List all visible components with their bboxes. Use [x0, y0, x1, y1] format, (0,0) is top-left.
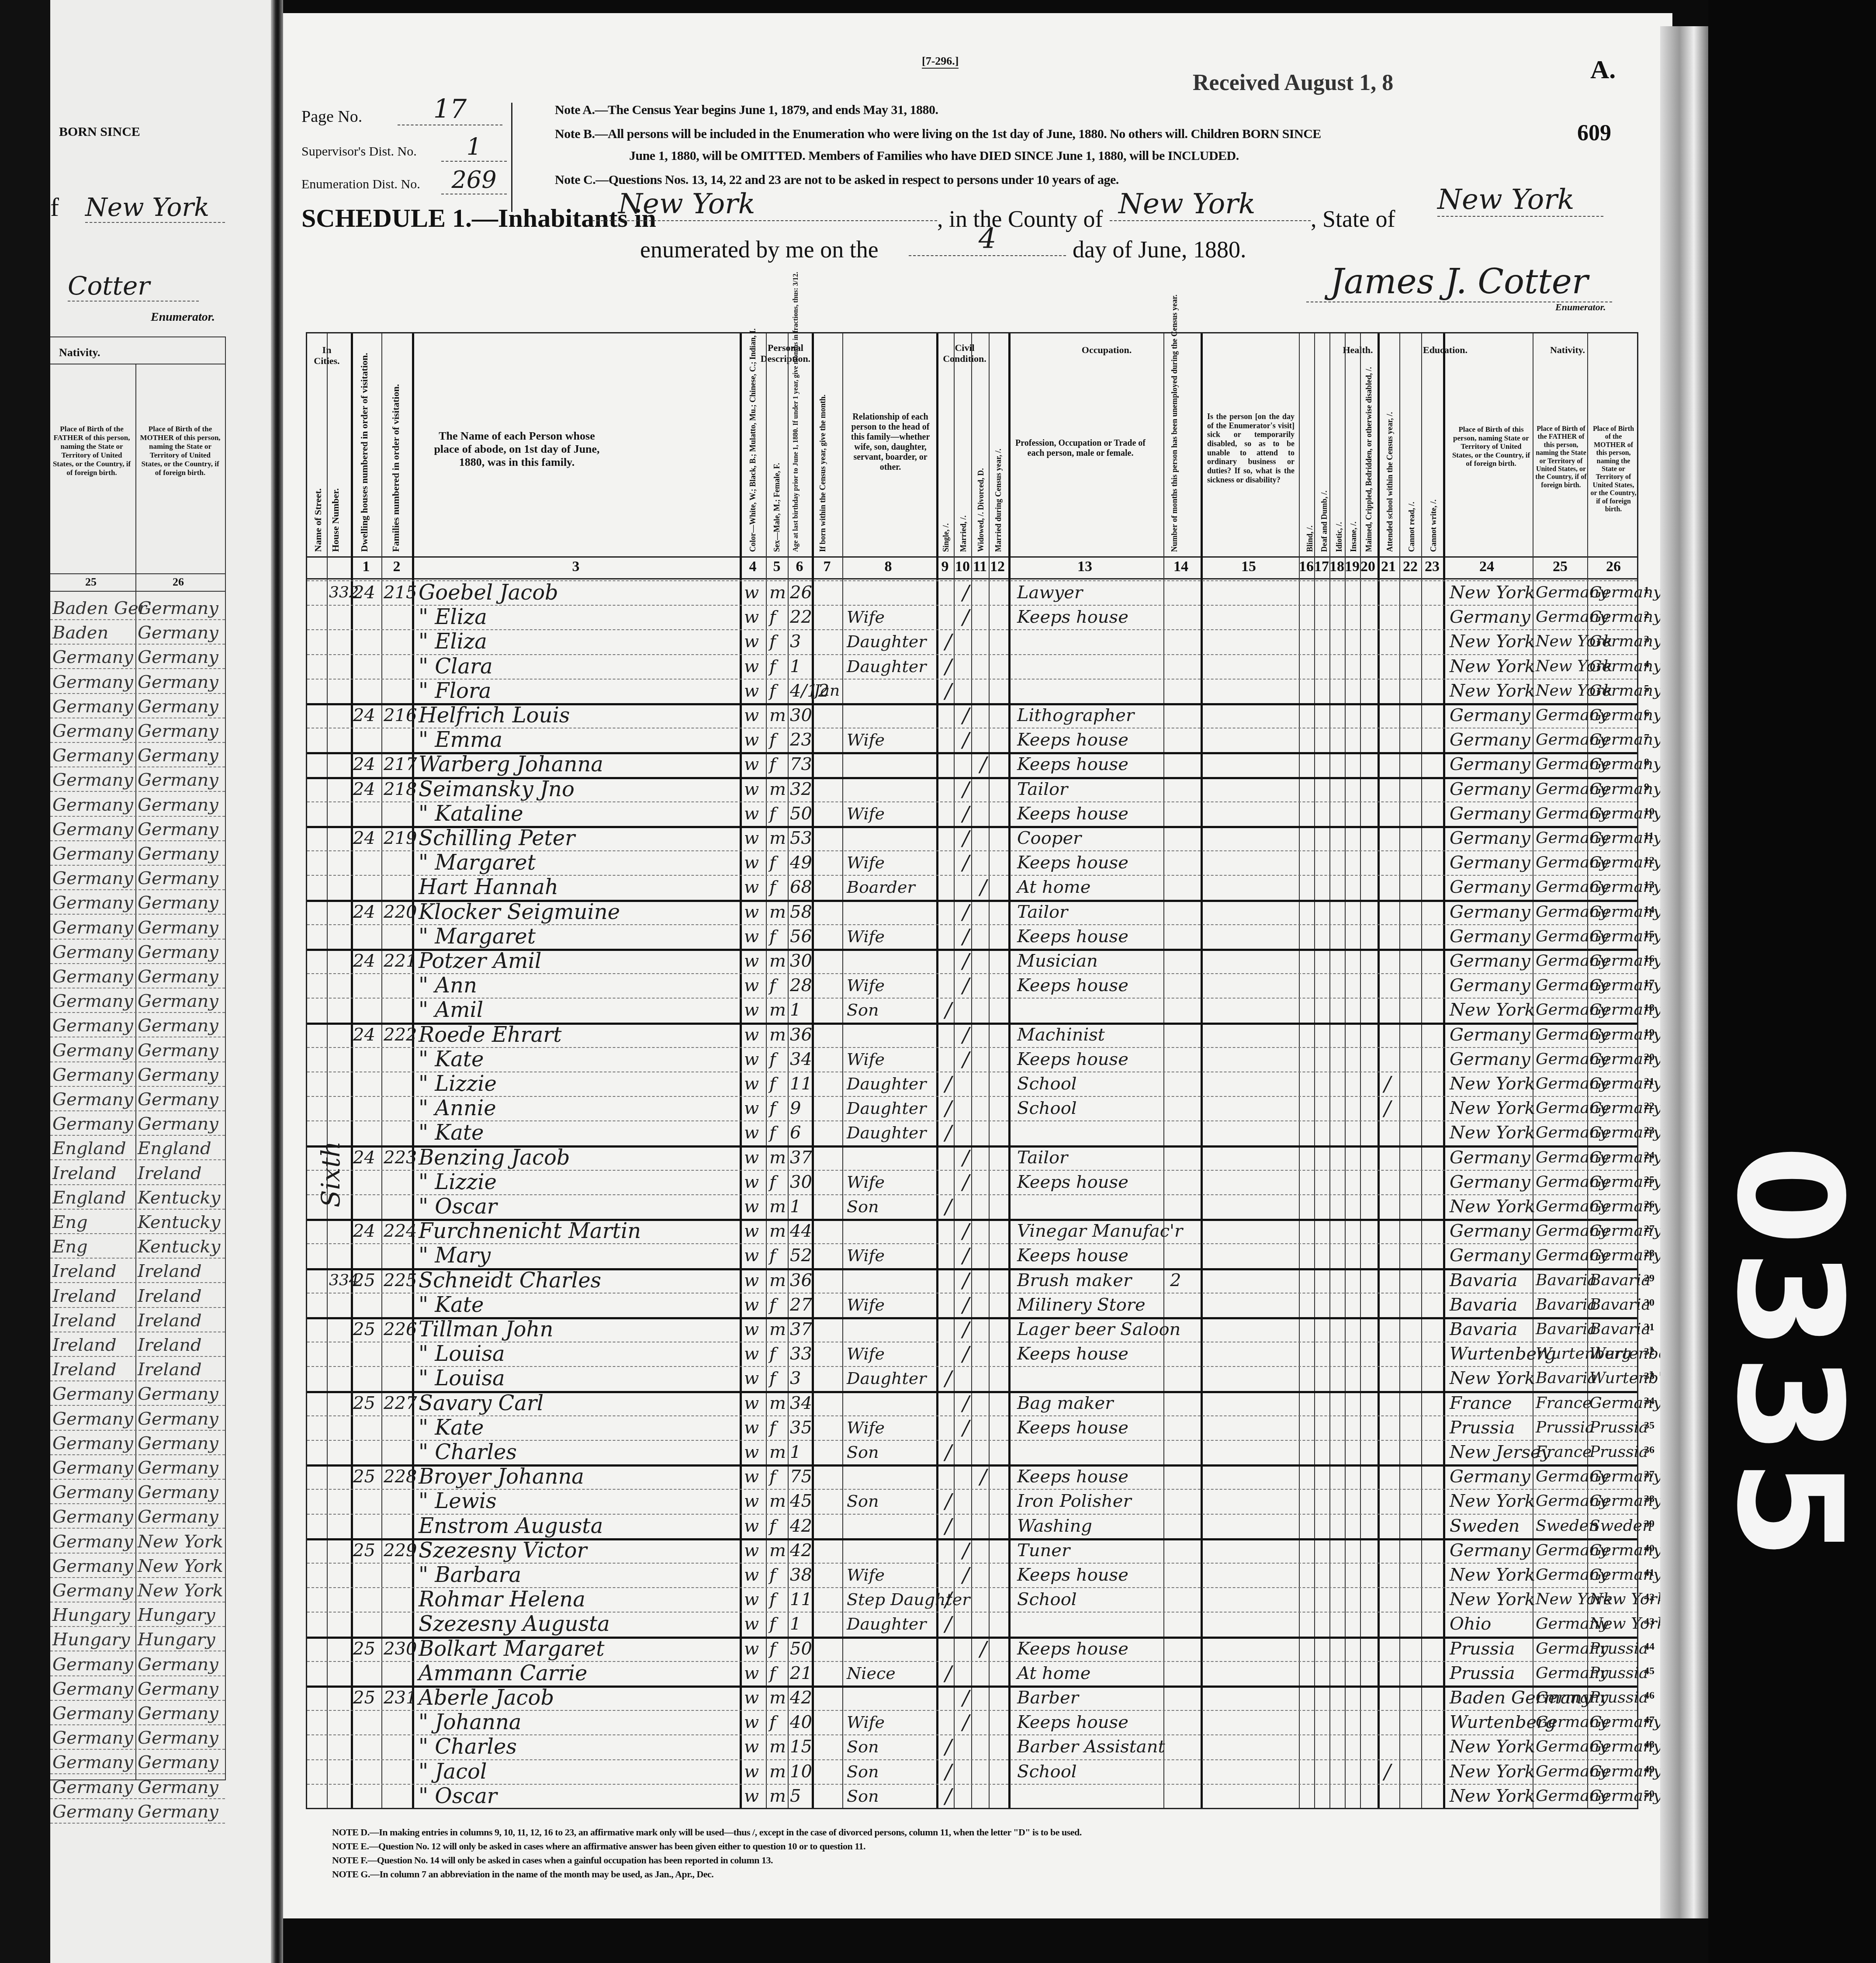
left-mother-birthplace: Ireland	[138, 1160, 202, 1186]
person-name: " Annie	[419, 1095, 496, 1121]
person-name: " Barbara	[419, 1562, 521, 1588]
line-number: 40	[1644, 1543, 1654, 1554]
left-mother-birthplace: Germany	[138, 988, 218, 1014]
occupation: Keeps house	[1017, 1415, 1128, 1441]
left-father-birthplace: Eng	[52, 1209, 88, 1235]
color: w	[744, 776, 759, 802]
left-father-birthplace: Hungary	[52, 1602, 130, 1628]
occupation: Keeps house	[1017, 604, 1128, 630]
left-mother-birthplace: Germany	[138, 1676, 218, 1702]
person-name: " Jacol	[419, 1758, 487, 1785]
hdr-col1: Dwelling houses numbered in order of vis…	[359, 382, 370, 552]
left-father-birthplace: Germany	[52, 1062, 133, 1088]
sex: f	[769, 1636, 776, 1662]
birthplace: New York	[1450, 1586, 1535, 1613]
line-number: 31	[1644, 1321, 1654, 1333]
table-row: 25229Szezesny Victorwm42/TunerGermanyGer…	[307, 1538, 1637, 1563]
table-row: " Clarawf1Daughter/New YorkNew YorkGerma…	[307, 654, 1637, 679]
mother-birthplace: Germany	[1589, 751, 1662, 777]
table-row: " Lizziewf30Wife/Keeps houseGermanyGerma…	[307, 1170, 1637, 1194]
age: 1	[790, 1611, 801, 1637]
person-name: " Louisa	[419, 1365, 505, 1391]
hdr-civil-condition: Civil Condition.	[938, 342, 991, 364]
person-name: " Charles	[419, 1439, 517, 1465]
hdr-col7: If born within the Census year, give the…	[818, 382, 827, 552]
line-number: 27	[1644, 1223, 1654, 1235]
left-father-birthplace: England	[52, 1135, 126, 1162]
birth-month: Jan	[814, 678, 840, 704]
civil-condition-mark: /	[945, 1734, 952, 1760]
left-mother-birthplace: Germany	[138, 1086, 218, 1113]
table-row: Hart Hannahwf68Boarder/At homeGermanyGer…	[307, 875, 1637, 899]
person-name: " Margaret	[419, 850, 536, 876]
column-number: 2	[388, 558, 405, 575]
page-edge-right	[1660, 26, 1708, 1918]
color: w	[744, 1341, 759, 1367]
hdr-col19: Insane, /.	[1349, 495, 1358, 552]
dwelling-number: 24	[353, 899, 375, 925]
left-father-birthplace: Germany	[52, 988, 133, 1014]
person-name: Warberg Johanna	[419, 751, 603, 777]
person-name: " Eliza	[419, 604, 487, 630]
left-mother-birthplace: Germany	[138, 1504, 218, 1530]
supervisor-label: Supervisor's Dist. No.	[301, 144, 417, 159]
color: w	[744, 997, 759, 1023]
column-number: 7	[818, 558, 836, 575]
person-name: " Clara	[419, 653, 493, 680]
left-mother-birthplace: Germany	[138, 816, 218, 843]
age: 11	[790, 1071, 812, 1097]
left-col26-number: 26	[173, 576, 184, 589]
sex: m	[769, 1193, 786, 1220]
birthplace: New York	[1450, 1758, 1535, 1785]
civil-condition-mark: /	[962, 1562, 969, 1588]
dwelling-number: 25	[353, 1316, 375, 1342]
sex: m	[769, 1267, 786, 1294]
birthplace: New York	[1450, 1120, 1535, 1146]
color: w	[744, 1562, 759, 1588]
birthplace: Bavaria	[1450, 1292, 1517, 1318]
note-c: Note C.—Questions Nos. 13, 14, 22 and 23…	[555, 173, 1119, 187]
age: 58	[790, 899, 812, 925]
line-number: 26	[1644, 1199, 1654, 1210]
left-father-birthplace: Germany	[52, 669, 133, 695]
left-father-birthplace: Germany	[52, 816, 133, 843]
sex: f	[769, 1341, 776, 1367]
relationship: Wife	[847, 1242, 885, 1269]
sex: f	[769, 1415, 776, 1441]
age: 33	[790, 1341, 812, 1367]
occupation: Tailor	[1017, 776, 1068, 802]
line-number: 1	[1644, 585, 1649, 597]
color: w	[744, 1488, 759, 1514]
relationship: Daughter	[847, 1611, 926, 1637]
table-row: 25228Broyer Johannawf75/Keeps houseGerma…	[307, 1464, 1637, 1489]
left-mother-birthplace: Germany	[138, 792, 218, 818]
person-name: Bolkart Margaret	[419, 1636, 604, 1662]
table-row: " Katewf27Wife/Milinery StoreBavariaBava…	[307, 1293, 1637, 1317]
age: 1	[790, 1193, 801, 1220]
line-number: 38	[1644, 1493, 1654, 1505]
relationship: Wife	[847, 923, 885, 950]
column-number: 11	[971, 558, 989, 575]
civil-condition-mark: /	[962, 604, 969, 630]
father-birthplace: Prussia	[1536, 1415, 1595, 1441]
stamp-page-number: 609	[1577, 120, 1611, 146]
line-number: 46	[1644, 1690, 1654, 1702]
previous-page-fragment: BORN SINCE f New York Cotter Enumerator.…	[50, 0, 271, 1963]
line-number: 4	[1644, 659, 1649, 670]
civil-condition-mark: /	[962, 850, 969, 876]
age: 73	[790, 751, 812, 777]
dwelling-number: 25	[353, 1390, 375, 1416]
birthplace: Germany	[1450, 1022, 1530, 1048]
line-number: 2	[1644, 609, 1649, 621]
left-mother-birthplace: Germany	[138, 1381, 218, 1407]
hdr-col18: Idiotic, /.	[1335, 495, 1344, 552]
note-a: Note A.—The Census Year begins June 1, 1…	[555, 103, 938, 118]
family-number: 215	[384, 579, 417, 606]
color: w	[744, 1169, 759, 1195]
state-field: New York	[1437, 184, 1603, 217]
relationship: Wife	[847, 604, 885, 630]
line-number: 9	[1644, 781, 1649, 793]
left-father-birthplace: Germany	[52, 841, 133, 867]
column-number: 21	[1380, 558, 1397, 575]
birthplace: Germany	[1450, 874, 1530, 900]
color: w	[744, 1586, 759, 1613]
age: 5	[790, 1783, 801, 1809]
film-margin-right	[1708, 0, 1876, 1963]
left-mother-birthplace: Germany	[138, 1651, 218, 1678]
age: 11	[790, 1586, 812, 1613]
left-mother-birthplace: Germany	[138, 865, 218, 891]
table-row: " Florawf4/12Jan/New YorkNew YorkGermany…	[307, 679, 1637, 703]
mother-birthplace: Germany	[1589, 628, 1662, 655]
age: 30	[790, 948, 812, 974]
hdr-col4: Color—White, W.; Black, B.; Mulatto, Mu.…	[748, 360, 758, 552]
left-father-birthplace: Germany	[52, 694, 133, 720]
occupation: Washing	[1017, 1513, 1092, 1539]
sex: f	[769, 850, 776, 876]
sex: f	[769, 1120, 776, 1146]
person-name: Rohmar Helena	[419, 1586, 585, 1613]
family-number: 231	[384, 1685, 417, 1711]
attended-school-mark: /	[1384, 1071, 1391, 1097]
sex: f	[769, 1562, 776, 1588]
color: w	[744, 1660, 759, 1686]
age: 15	[790, 1734, 812, 1760]
hdr-col22: Cannot read, /.	[1407, 460, 1416, 552]
color: w	[744, 604, 759, 630]
person-name: Szezesny Augusta	[419, 1611, 610, 1637]
age: 21	[790, 1660, 812, 1686]
birthplace: Germany	[1450, 1218, 1530, 1244]
color: w	[744, 1513, 759, 1539]
table-row: 24218Seimansky Jnowm32/TailorGermanyGerm…	[307, 777, 1637, 801]
dwelling-number: 24	[353, 1022, 375, 1048]
line-number: 32	[1644, 1346, 1654, 1358]
color: w	[744, 653, 759, 680]
age: 1	[790, 653, 801, 680]
sex: f	[769, 1046, 776, 1072]
sex: f	[769, 1586, 776, 1613]
left-mother-birthplace: New York	[138, 1553, 223, 1579]
column-number: 23	[1423, 558, 1441, 575]
left-mother-birthplace: Germany	[138, 718, 218, 744]
table-row: 24219Schilling Peterwm53/CooperGermanyGe…	[307, 826, 1637, 850]
family-number: 226	[384, 1316, 417, 1342]
line-number: 50	[1644, 1788, 1654, 1800]
column-number: 13	[1076, 558, 1094, 575]
left-father-birthplace: Ireland	[52, 1160, 117, 1186]
occupation: Keeps house	[1017, 850, 1128, 876]
family-number: 223	[384, 1145, 417, 1171]
color: w	[744, 628, 759, 655]
occupation: Keeps house	[1017, 972, 1128, 999]
left-father-birthplace: Germany	[52, 742, 133, 769]
hdr-house-number: House Number.	[330, 421, 341, 552]
birthplace: Prussia	[1450, 1415, 1515, 1441]
person-name: " Oscar	[419, 1193, 497, 1220]
sex: f	[769, 1513, 776, 1539]
table-row: " Katalinewf50Wife/Keeps houseGermanyGer…	[307, 801, 1637, 826]
occupation: Keeps house	[1017, 751, 1128, 777]
color: w	[744, 1193, 759, 1220]
line-number: 42	[1644, 1592, 1654, 1603]
table-row: 24223Benzing Jacobwm37/TailorGermanyGerm…	[307, 1145, 1637, 1170]
left-mother-birthplace: Germany	[138, 1406, 218, 1432]
sex: m	[769, 997, 786, 1023]
person-name: Helfrich Louis	[419, 702, 570, 728]
occupation: Keeps house	[1017, 1636, 1128, 1662]
occupation: Bag maker	[1017, 1390, 1113, 1416]
color: w	[744, 1464, 759, 1490]
age: 34	[790, 1046, 812, 1072]
note-b: Note B.—All persons will be included in …	[555, 127, 1321, 142]
sex: f	[769, 1242, 776, 1269]
column-number: 4	[744, 558, 761, 575]
person-name: Klocker Seigmuine	[419, 899, 620, 925]
relationship: Niece	[847, 1660, 896, 1686]
birthplace: New York	[1450, 1562, 1535, 1588]
note-e: NOTE E.—Question No. 12 will only be ask…	[332, 1841, 865, 1852]
color: w	[744, 948, 759, 974]
hdr-col23: Cannot write, /.	[1429, 460, 1438, 552]
birthplace: Germany	[1450, 776, 1530, 802]
mother-birthplace: Prussia	[1589, 1685, 1648, 1711]
mother-birthplace: New York	[1589, 1611, 1666, 1637]
age: 3	[790, 1365, 801, 1391]
father-birthplace: Bavaria	[1536, 1316, 1597, 1342]
left-father-birthplace: Hungary	[52, 1627, 130, 1653]
line-number: 45	[1644, 1665, 1654, 1677]
person-name: " Flora	[419, 678, 491, 704]
attended-school-mark: /	[1384, 1095, 1391, 1121]
color: w	[744, 579, 759, 606]
mother-birthplace: Prussia	[1589, 1660, 1648, 1686]
color: w	[744, 874, 759, 900]
color: w	[744, 727, 759, 753]
hdr-col6: Age at last birthday prior to June 1, 18…	[792, 360, 800, 552]
left-mother-birthplace: Kentucky	[138, 1209, 220, 1235]
age: 36	[790, 1022, 812, 1048]
civil-condition-mark: /	[962, 1046, 969, 1072]
age: 45	[790, 1488, 812, 1514]
line-number: 13	[1644, 879, 1654, 891]
color: w	[744, 1783, 759, 1809]
left-father-birthplace: Germany	[52, 890, 133, 916]
age: 53	[790, 825, 812, 851]
left-father-birthplace: Germany	[52, 1529, 133, 1555]
age: 9	[790, 1095, 801, 1121]
line-number: 20	[1644, 1051, 1654, 1063]
line-number: 18	[1644, 1002, 1654, 1014]
hdr-col20: Maimed, Crippled, Bedridden, or otherwis…	[1364, 360, 1374, 552]
left-father-birthplace: Germany	[52, 1455, 133, 1481]
column-number: 18	[1328, 558, 1346, 575]
enumerated-suffix: day of June, 1880.	[1073, 236, 1246, 263]
father-birthplace: Bavaria	[1536, 1267, 1597, 1294]
dwelling-number: 24	[353, 1218, 375, 1244]
table-row: 24216Helfrich Louiswm30/LithographerGerm…	[307, 703, 1637, 728]
line-number: 41	[1644, 1567, 1654, 1579]
sex: m	[769, 1488, 786, 1514]
left-father-birthplace: Baden Ger	[52, 595, 147, 621]
color: w	[744, 1611, 759, 1637]
line-number: 15	[1644, 929, 1654, 940]
left-mother-birthplace: Kentucky	[138, 1234, 220, 1260]
civil-condition-mark: /	[962, 1415, 969, 1441]
relationship: Daughter	[847, 1120, 926, 1146]
left-father-birthplace: Germany	[52, 865, 133, 891]
left-mother-birthplace: Germany	[138, 915, 218, 941]
father-birthplace: France	[1536, 1390, 1592, 1416]
color: w	[744, 850, 759, 876]
column-number: 9	[936, 558, 954, 575]
occupation: Keeps house	[1017, 1464, 1128, 1490]
left-mother-birthplace: Germany	[138, 742, 218, 769]
sex: m	[769, 1316, 786, 1342]
age: 26	[790, 579, 812, 606]
left-father-birthplace: Germany	[52, 1086, 133, 1113]
corner-letter: A.	[1590, 55, 1616, 85]
person-name: Potzer Amil	[419, 948, 541, 974]
occupation: Milinery Store	[1017, 1292, 1146, 1318]
table-row: " Katewf35Wife/Keeps housePrussiaPrussia…	[307, 1415, 1637, 1440]
color: w	[744, 1390, 759, 1416]
relationship: Wife	[847, 1046, 885, 1072]
left-mother-birthplace: Kentucky	[138, 1185, 220, 1211]
sex: m	[769, 1145, 786, 1171]
line-number: 8	[1644, 756, 1649, 768]
occupation: Lawyer	[1017, 579, 1083, 606]
birthplace: Prussia	[1450, 1660, 1515, 1686]
column-number: 25	[1551, 558, 1569, 575]
left-mother-birthplace: Ireland	[138, 1283, 202, 1309]
civil-condition-mark: /	[962, 899, 969, 925]
sex: m	[769, 948, 786, 974]
enumerator-signature: James J. Cotter	[1306, 262, 1612, 302]
civil-condition-mark: /	[962, 1316, 969, 1342]
relationship: Daughter	[847, 1071, 926, 1097]
left-mother-birthplace: Ireland	[138, 1356, 202, 1383]
civil-condition-mark: /	[945, 1660, 952, 1686]
age: 30	[790, 1169, 812, 1195]
age: 34	[790, 1390, 812, 1416]
color: w	[744, 1242, 759, 1269]
person-name: " Kate	[419, 1292, 484, 1318]
table-row: Szezesny Augustawf1Daughter/OhioGermanyN…	[307, 1612, 1637, 1636]
civil-condition-mark: /	[962, 1341, 969, 1367]
birthplace: New York	[1450, 1783, 1535, 1809]
left-nativity-label: Nativity.	[59, 346, 100, 359]
birthplace: New York	[1450, 628, 1535, 655]
birthplace: Germany	[1450, 1242, 1530, 1269]
occupation: Lithographer	[1017, 702, 1134, 728]
age: 3	[790, 628, 801, 655]
left-mother-birthplace: Hungary	[138, 1627, 215, 1653]
column-number: 15	[1240, 558, 1257, 575]
county-field: New York	[1110, 188, 1311, 221]
relationship: Wife	[847, 1341, 885, 1367]
left-father-birthplace: Ireland	[52, 1356, 117, 1383]
mother-birthplace: Germany	[1589, 776, 1662, 802]
left-father-birthplace: Baden	[52, 620, 108, 646]
family-number: 219	[384, 825, 417, 851]
column-number: 16	[1298, 558, 1315, 575]
line-number: 11	[1644, 830, 1654, 842]
sex: m	[769, 825, 786, 851]
hdr-col3: The Name of each Person whose place of a…	[434, 430, 600, 469]
occupation: Keeps house	[1017, 727, 1128, 753]
book-binding-left	[0, 0, 50, 1963]
birthplace: Bavaria	[1450, 1267, 1517, 1294]
color: w	[744, 1758, 759, 1785]
census-table: In Cities. Personal Description. Civil C…	[306, 332, 1638, 1809]
line-number: 25	[1644, 1174, 1654, 1186]
left-father-birthplace: Germany	[52, 1430, 133, 1457]
table-row: " Katewf6Daughter/New YorkGermanyGermany…	[307, 1120, 1637, 1145]
family-number: 230	[384, 1636, 417, 1662]
age: 38	[790, 1562, 812, 1588]
table-row: " Oscarwm5Son/New YorkGermanyGermany50	[307, 1784, 1637, 1808]
relationship: Wife	[847, 850, 885, 876]
sex: m	[769, 579, 786, 606]
left-father-birthplace: Germany	[52, 792, 133, 818]
note-f: NOTE F.—Question No. 14 will only be ask…	[332, 1855, 773, 1866]
sex: m	[769, 1758, 786, 1785]
person-name: " Kataline	[419, 801, 523, 827]
dwelling-number: 24	[353, 751, 375, 777]
civil-condition-mark: /	[962, 1267, 969, 1294]
hdr-col12: Married during Census year, /.	[994, 421, 1003, 552]
table-row: " Katewf34Wife/Keeps houseGermanyGermany…	[307, 1047, 1637, 1072]
mother-birthplace: Bavaria	[1589, 1292, 1651, 1318]
left-mother-birthplace: New York	[138, 1578, 223, 1604]
left-mother-birthplace: Ireland	[138, 1332, 202, 1358]
civil-condition-mark: /	[980, 1636, 987, 1662]
person-name: Broyer Johanna	[419, 1464, 584, 1490]
person-name: Benzing Jacob	[419, 1145, 570, 1171]
line-number: 21	[1644, 1076, 1654, 1088]
occupation: At home	[1017, 874, 1090, 900]
family-number: 216	[384, 702, 417, 728]
relationship: Daughter	[847, 653, 926, 680]
mother-birthplace: Bavaria	[1589, 1267, 1651, 1294]
occupation: Tailor	[1017, 899, 1068, 925]
table-row: " Barbarawf38Wife/Keeps houseNew YorkGer…	[307, 1563, 1637, 1587]
